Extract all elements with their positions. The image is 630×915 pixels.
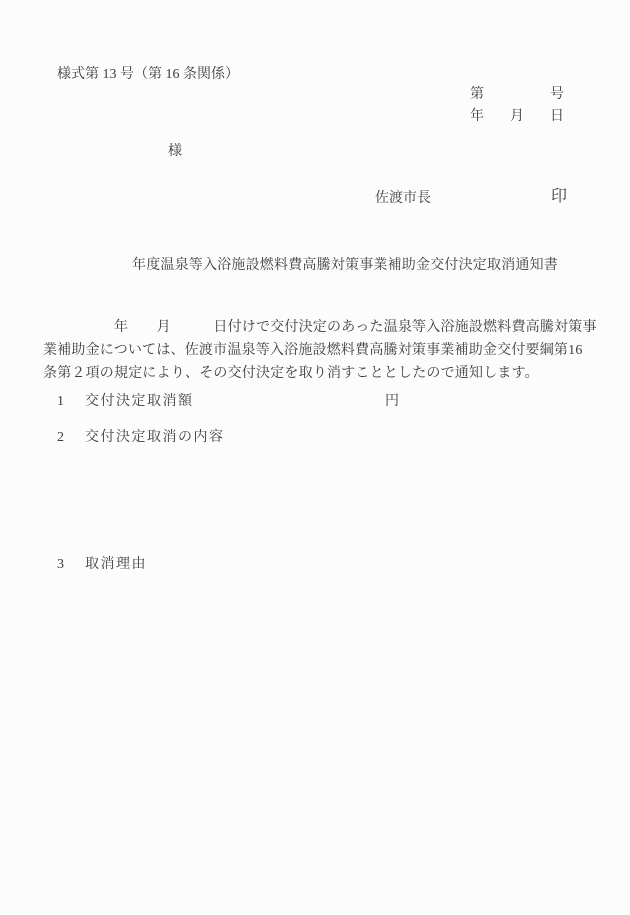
- date-month-label: 月: [510, 109, 524, 125]
- document-number-line: 第 号: [470, 87, 564, 103]
- doc-number-suffix: 号: [550, 87, 564, 103]
- addressee-honorific: 様: [168, 144, 182, 160]
- yen-unit-label: 円: [385, 394, 399, 410]
- body-paragraph: 年 月 日付けで交付決定のあった温泉等入浴施設燃料費高騰対策事 業補助金について…: [43, 316, 603, 385]
- item-2-number: 2: [57, 430, 85, 446]
- item-1-label: 交付決定取消額: [85, 394, 194, 410]
- doc-number-prefix: 第: [470, 87, 484, 103]
- document-title: 年度温泉等入浴施設燃料費高騰対策事業補助金交付決定取消通知書: [132, 258, 558, 274]
- form-number: 様式第 13 号（第 16 条関係）: [57, 67, 239, 83]
- document-page: 様式第 13 号（第 16 条関係） 第 号 年 月 日 様 佐渡市長 印 年度…: [0, 0, 630, 915]
- sender-title: 佐渡市長: [375, 191, 431, 207]
- item-cancellation-reason: 3 取消理由: [57, 557, 147, 573]
- item-1-number: 1: [57, 394, 85, 410]
- date-year-label: 年: [470, 109, 484, 125]
- seal-mark: 印: [551, 188, 567, 206]
- date-day-label: 日: [550, 109, 564, 125]
- item-cancellation-amount: 1 交付決定取消額: [57, 394, 194, 410]
- item-3-number: 3: [57, 557, 85, 573]
- item-2-label: 交付決定取消の内容: [85, 430, 225, 446]
- date-line: 年 月 日: [470, 109, 564, 125]
- item-cancellation-content: 2 交付決定取消の内容: [57, 430, 225, 446]
- item-3-label: 取消理由: [85, 557, 147, 573]
